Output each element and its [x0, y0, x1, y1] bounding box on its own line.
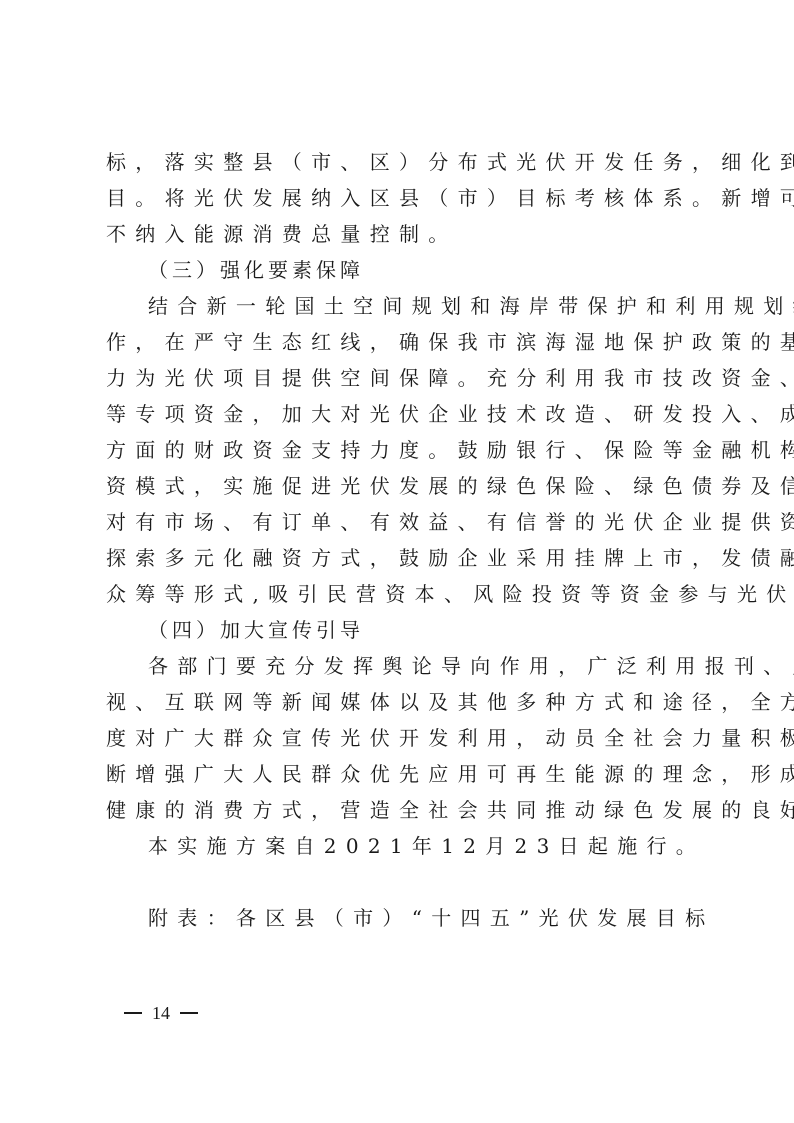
section-heading-3: （三）强化要素保障 [106, 252, 694, 288]
effective-date-line: 本实施方案自2021年12月23日起施行。 [106, 828, 694, 864]
text-line: 探索多元化融资方式，鼓励企业采用挂牌上市，发债融资、股权 [106, 540, 694, 576]
text-line: 等专项资金，加大对光伏企业技术改造、研发投入、成果转化等 [106, 396, 694, 432]
text-line: 断增强广大人民群众优先应用可再生能源的理念，形成绿色文明 [106, 756, 694, 792]
section-heading-4: （四）加大宣传引导 [106, 612, 694, 648]
text-line: 力为光伏项目提供空间保障。充分利用我市技改资金、智能制造 [106, 360, 694, 396]
dash-left [124, 1012, 142, 1014]
text-line: 不纳入能源消费总量控制。 [106, 216, 694, 252]
text-line: 标，落实整县（市、区）分布式光伏开发任务，细化到领域和项 [106, 144, 694, 180]
paragraph-start: 结合新一轮国土空间规划和海岸带保护和利用规划编制工 [106, 288, 694, 324]
paragraph-start: 各部门要充分发挥舆论导向作用，广泛利用报刊、广播、电 [106, 648, 694, 684]
text-line: 对有市场、有订单、有效益、有信誉的光伏企业提供资金支持。 [106, 504, 694, 540]
document-body: 标，落实整县（市、区）分布式光伏开发任务，细化到领域和项 目。将光伏发展纳入区县… [106, 144, 694, 936]
text-line: 视、互联网等新闻媒体以及其他多种方式和途径，全方位、多角 [106, 684, 694, 720]
page-footer: 14 [124, 1000, 198, 1026]
page-number: 14 [152, 1000, 170, 1026]
dash-right [180, 1012, 198, 1014]
text-line: 度对广大群众宣传光伏开发利用，动员全社会力量积极参与，不 [106, 720, 694, 756]
appendix-line: 附表：各区县（市）“十四五”光伏发展目标 [106, 900, 694, 936]
text-line: 健康的消费方式，营造全社会共同推动绿色发展的良好氛围。 [106, 792, 694, 828]
text-line: 众筹等形式,吸引民营资本、风险投资等资金参与光伏开发利用。 [106, 576, 694, 612]
text-line: 资模式，实施促进光伏发展的绿色保险、绿色债券及信贷政策， [106, 468, 694, 504]
text-line: 作，在严守生态红线，确保我市滨海湿地保护政策的基础上，努 [106, 324, 694, 360]
text-line: 目。将光伏发展纳入区县（市）目标考核体系。新增可再生能源 [106, 180, 694, 216]
spacer [106, 864, 694, 900]
text-line: 方面的财政资金支持力度。鼓励银行、保险等金融机构创新投融 [106, 432, 694, 468]
